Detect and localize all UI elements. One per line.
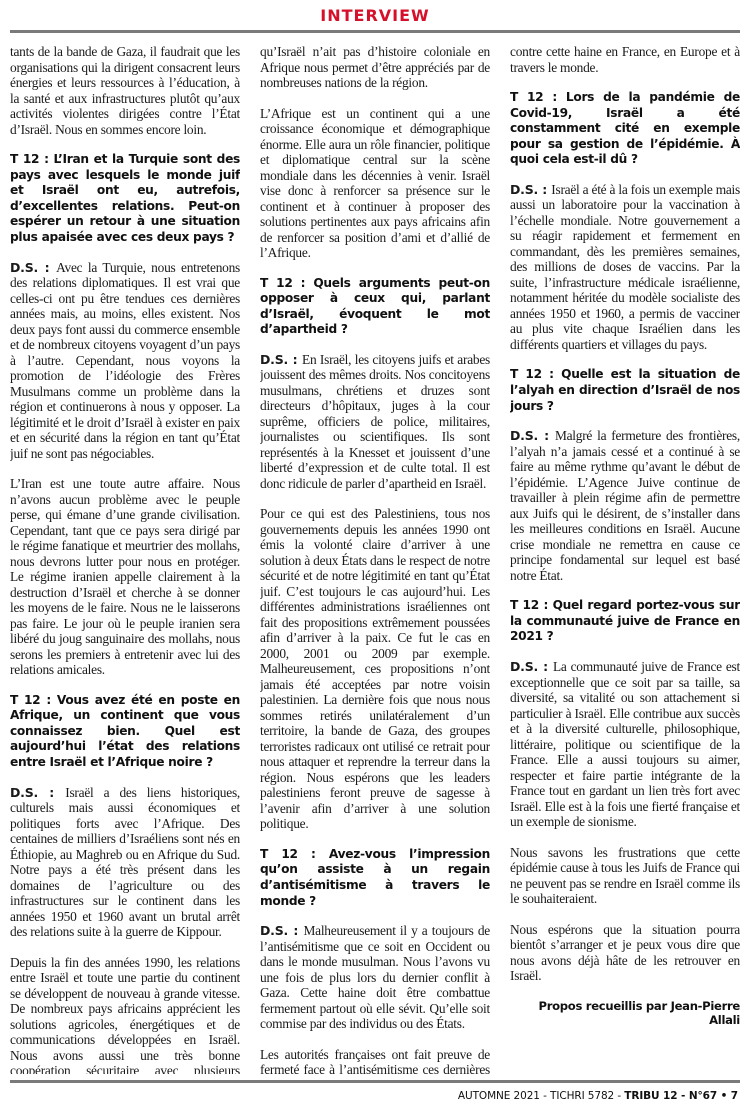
- section-title: INTERVIEW: [0, 6, 750, 25]
- interview-credit: Propos recueillis par Jean-Pierre Allali: [510, 999, 740, 1027]
- answer-text: Malgré la fermeture des frontières, l’al…: [510, 428, 740, 583]
- answer-text: En Israël, les citoyens juifs et arabes …: [260, 352, 490, 491]
- page-footer: AUTOMNE 2021 - TICHRI 5782 - TRIBU 12 - …: [458, 1090, 738, 1102]
- interview-question: T 12 : Quelle est la situation de l’alya…: [510, 367, 740, 414]
- paragraph: contre cette haine en France, en Europe …: [510, 44, 740, 75]
- interview-question: T 12 : Vous avez été en poste en Afrique…: [10, 693, 240, 771]
- paragraph: L’Iran est une toute autre affaire. Nous…: [10, 476, 240, 678]
- article-body: tants de la bande de Gaza, il faudrait q…: [10, 44, 740, 1074]
- answer-text: Malheureusement il y a toujours de l’ant…: [260, 923, 490, 1031]
- publication-page-number: TRIBU 12 - N°67 • 7: [624, 1090, 738, 1102]
- interview-answer: D.S. : Malgré la fermeture des frontière…: [510, 428, 740, 583]
- speaker-label: D.S. :: [510, 659, 553, 674]
- column-2: qu’Israël n’ait pas d’histoire coloniale…: [260, 44, 490, 1074]
- paragraph: L’Afrique est un continent qui a une cro…: [260, 106, 490, 261]
- interview-question: T 12 : L’Iran et la Turquie sont des pay…: [10, 152, 240, 246]
- speaker-label: D.S. :: [10, 260, 56, 275]
- speaker-label: D.S. :: [260, 352, 302, 367]
- answer-text: Israël a des liens historiques, culturel…: [10, 785, 240, 940]
- header-rule: [10, 30, 740, 33]
- answer-text: La communauté juive de France est except…: [510, 659, 740, 829]
- interview-answer: D.S. : En Israël, les citoyens juifs et …: [260, 352, 490, 492]
- paragraph: Nous savons les frustrations que cette é…: [510, 845, 740, 907]
- interview-question: T 12 : Lors de la pandémie de Covid-19, …: [510, 90, 740, 168]
- column-1: tants de la bande de Gaza, il faudrait q…: [10, 44, 240, 1074]
- speaker-label: D.S. :: [510, 428, 555, 443]
- issue-date: AUTOMNE 2021 - TICHRI 5782 -: [458, 1090, 624, 1102]
- interview-answer: D.S. : Israël a été à la fois un exemple…: [510, 182, 740, 353]
- speaker-label: D.S. :: [260, 923, 303, 938]
- speaker-label: D.S. :: [10, 785, 65, 800]
- interview-question: T 12 : Avez-vous l’impression qu’on assi…: [260, 847, 490, 909]
- interview-answer: D.S. : Avec la Turquie, nous entretenons…: [10, 260, 240, 462]
- speaker-label: D.S. :: [510, 182, 551, 197]
- answer-text: Avec la Turquie, nous entretenons des re…: [10, 260, 240, 461]
- paragraph: Nous espérons que la situation pourra bi…: [510, 922, 740, 984]
- column-3: contre cette haine en France, en Europe …: [510, 44, 740, 1074]
- interview-answer: D.S. : Malheureusement il y a toujours d…: [260, 923, 490, 1032]
- footer-rule: [10, 1080, 740, 1083]
- interview-question: T 12 : Quels arguments peut-on opposer à…: [260, 276, 490, 338]
- interview-answer: D.S. : La communauté juive de France est…: [510, 659, 740, 830]
- paragraph: qu’Israël n’ait pas d’histoire coloniale…: [260, 44, 490, 91]
- paragraph: Les autorités françaises ont fait preuve…: [260, 1047, 490, 1074]
- answer-text: Israël a été à la fois un exemple mais a…: [510, 182, 740, 352]
- paragraph: Pour ce qui est des Palestiniens, tous n…: [260, 506, 490, 832]
- interview-answer: D.S. : Israël a des liens historiques, c…: [10, 785, 240, 940]
- paragraph: Depuis la fin des années 1990, les relat…: [10, 955, 240, 1074]
- interview-question: T 12 : Quel regard portez-vous sur la co…: [510, 598, 740, 645]
- paragraph: tants de la bande de Gaza, il faudrait q…: [10, 44, 240, 137]
